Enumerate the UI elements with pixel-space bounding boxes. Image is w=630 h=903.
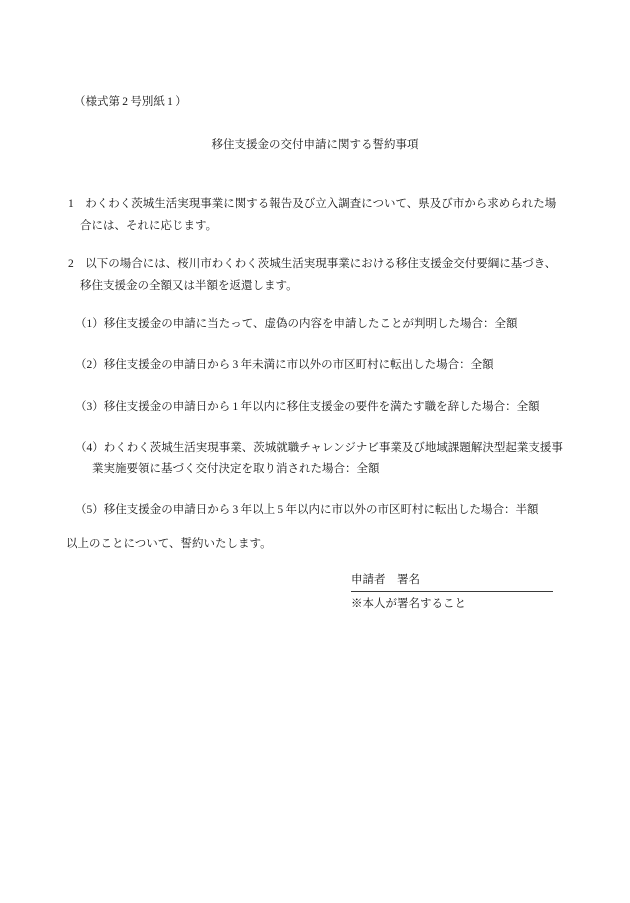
clause-1-line-2: 合には、それに応じます。 [80,219,217,234]
clause-2-line-2: 移住支援金の全額又は半額を返還します。 [80,279,298,294]
condition-item-5: （5）移住支援金の申請日から 3 年以上 5 年以内に市以外の市区町村に転出した… [75,503,538,518]
condition-item-4-line-1: （4）わくわく茨城生活実現事業、茨城就職チャレンジナビ事業及び地域課題解決型起業… [75,441,563,456]
applicant-signature-line: 申請者 署名 [351,573,553,592]
closing-statement: 以上のことについて、誓約いたします。 [66,537,272,552]
clause-2-line-1: 2 以下の場合には、桜川市わくわく茨城生活実現事業における移住支援金交付要綱に基… [68,257,556,272]
condition-item-3: （3）移住支援金の申請日から 1 年以内に移住支援金の要件を満たす職を辞した場合… [75,400,540,415]
signature-note: ※本人が署名すること [351,597,466,612]
form-number-label: （様式第 2 号別紙 1 ） [74,95,187,110]
document-title: 移住支援金の交付申請に関する誓約事項 [0,138,630,153]
condition-item-1: （1）移住支援金の申請に当たって、虚偽の内容を申請したことが判明した場合：全額 [75,317,518,332]
condition-item-4-line-2: 業実施要領に基づく交付決定を取り消された場合：全額 [92,462,380,477]
condition-item-2: （2）移住支援金の申請日から 3 年未満に市以外の市区町村に転出した場合：全額 [75,358,494,373]
clause-1-line-1: 1 わくわく茨城生活実現事業に関する報告及び立入調査について、県及び市から求めら… [68,197,556,212]
pledge-document-page: （様式第 2 号別紙 1 ） 移住支援金の交付申請に関する誓約事項 1 わくわく… [0,0,630,903]
